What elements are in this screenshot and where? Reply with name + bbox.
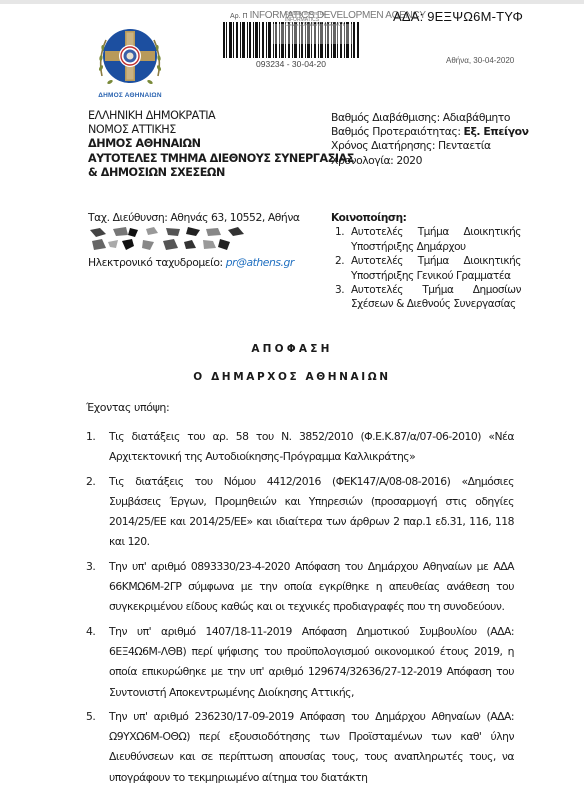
consideration-item: 1. Τις διατάξεις του αρ. 58 του Ν. 3852/… — [86, 427, 514, 468]
retention: Χρόνος Διατήρησης: Πενταετία — [331, 139, 528, 153]
issuer-line: ΕΛΛΗΝΙΚΗ ΔΗΜΟΚΡΑΤΙΑ — [88, 109, 354, 123]
consideration-item: 2. Τις διατάξεις του Νόμου 4412/2016 (ΦΕ… — [86, 472, 514, 553]
notification-item: 1. Αυτοτελές Τμήμα Διοικητικής Υποστήριξ… — [331, 225, 521, 254]
year: Χρονολογία: 2020 — [331, 154, 528, 168]
decision-title: ΑΠΟΦΑΣΗ — [0, 343, 584, 355]
considerations-list: 1. Τις διατάξεις του αρ. 58 του Ν. 3852/… — [86, 427, 514, 792]
digital-signature-stamp: Digitally signed by INFORMATICS DEVELOPM… — [285, 12, 345, 29]
ada-code: ΑΔΑ: 9ΕΞΨΩ6Μ-ΤΥΦ — [393, 9, 523, 24]
redacted-contact-info — [88, 226, 263, 253]
athens-emblem-icon — [88, 18, 172, 102]
issuer-line: ΑΥΤΟΤΕΛΕΣ ΤΜΗΜΑ ΔΙΕΘΝΟΥΣ ΣΥΝΕΡΓΑΣΙΑΣ — [88, 152, 354, 166]
consideration-item: 5. Την υπ' αριθμό 236230/17-09-2019 Απόφ… — [86, 707, 514, 788]
notification-title: Κοινοποίηση: — [331, 211, 521, 225]
document-date: Αθήνα, 30-04-2020 — [446, 56, 514, 65]
decision-subtitle: Ο ΔΗΜΑΡΧΟΣ ΑΘΗΝΑΙΩΝ — [0, 371, 584, 383]
email-link[interactable]: pr@athens.gr — [226, 256, 294, 269]
issuer-line: ΝΟΜΟΣ ΑΤΤΙΚΗΣ — [88, 123, 354, 137]
notification-item: 2. Αυτοτελές Τμήμα Διοικητικής Υποστήριξ… — [331, 254, 521, 283]
notification-block: Κοινοποίηση: 1. Αυτοτελές Τμήμα Διοικητι… — [331, 211, 521, 312]
issuer-line: & ΔΗΜΟΣΙΩΝ ΣΧΕΣΕΩΝ — [88, 166, 354, 180]
priority: Βαθμός Προτεραιότητας: Εξ. Επείγον — [331, 125, 528, 139]
notification-list: 1. Αυτοτελές Τμήμα Διοικητικής Υποστήριξ… — [331, 225, 521, 311]
considerations-intro: Έχοντας υπόψη: — [86, 401, 169, 414]
priority-value: Εξ. Επείγον — [464, 125, 529, 138]
issuer-block: ΕΛΛΗΝΙΚΗ ΔΗΜΟΚΡΑΤΙΑ ΝΟΜΟΣ ΑΤΤΙΚΗΣ ΔΗΜΟΣ … — [88, 109, 354, 180]
consideration-item: 4. Την υπ' αριθμό 1407/18-11-2019 Απόφασ… — [86, 622, 514, 703]
consideration-item: 3. Την υπ' αριθμό 0893330/23-4-2020 Απόφ… — [86, 557, 514, 618]
classification: Βαθμός Διαβάθμισης: Αδιαβάθμητο — [331, 111, 528, 125]
classification-block: Βαθμός Διαβάθμισης: Αδιαβάθμητο Βαθμός Π… — [331, 111, 528, 168]
issuer-line: ΔΗΜΟΣ ΑΘΗΝΑΙΩΝ — [88, 137, 354, 151]
postal-address: Ταχ. Διεύθυνση: Αθηνάς 63, 10552, Αθήνα — [88, 211, 300, 224]
page-top-edge — [0, 0, 584, 4]
logo-caption: ΔΗΜΟΣ ΑΘΗΝΑΙΩΝ — [88, 92, 172, 99]
email-line: Ηλεκτρονικό ταχυδρομείο: pr@athens.gr — [88, 256, 294, 269]
protocol-number: 093234 - 30-04-20 — [223, 59, 359, 69]
notification-item: 3. Αυτοτελές Τμήμα Δημοσίων Σχέσεων & Δι… — [331, 283, 521, 312]
